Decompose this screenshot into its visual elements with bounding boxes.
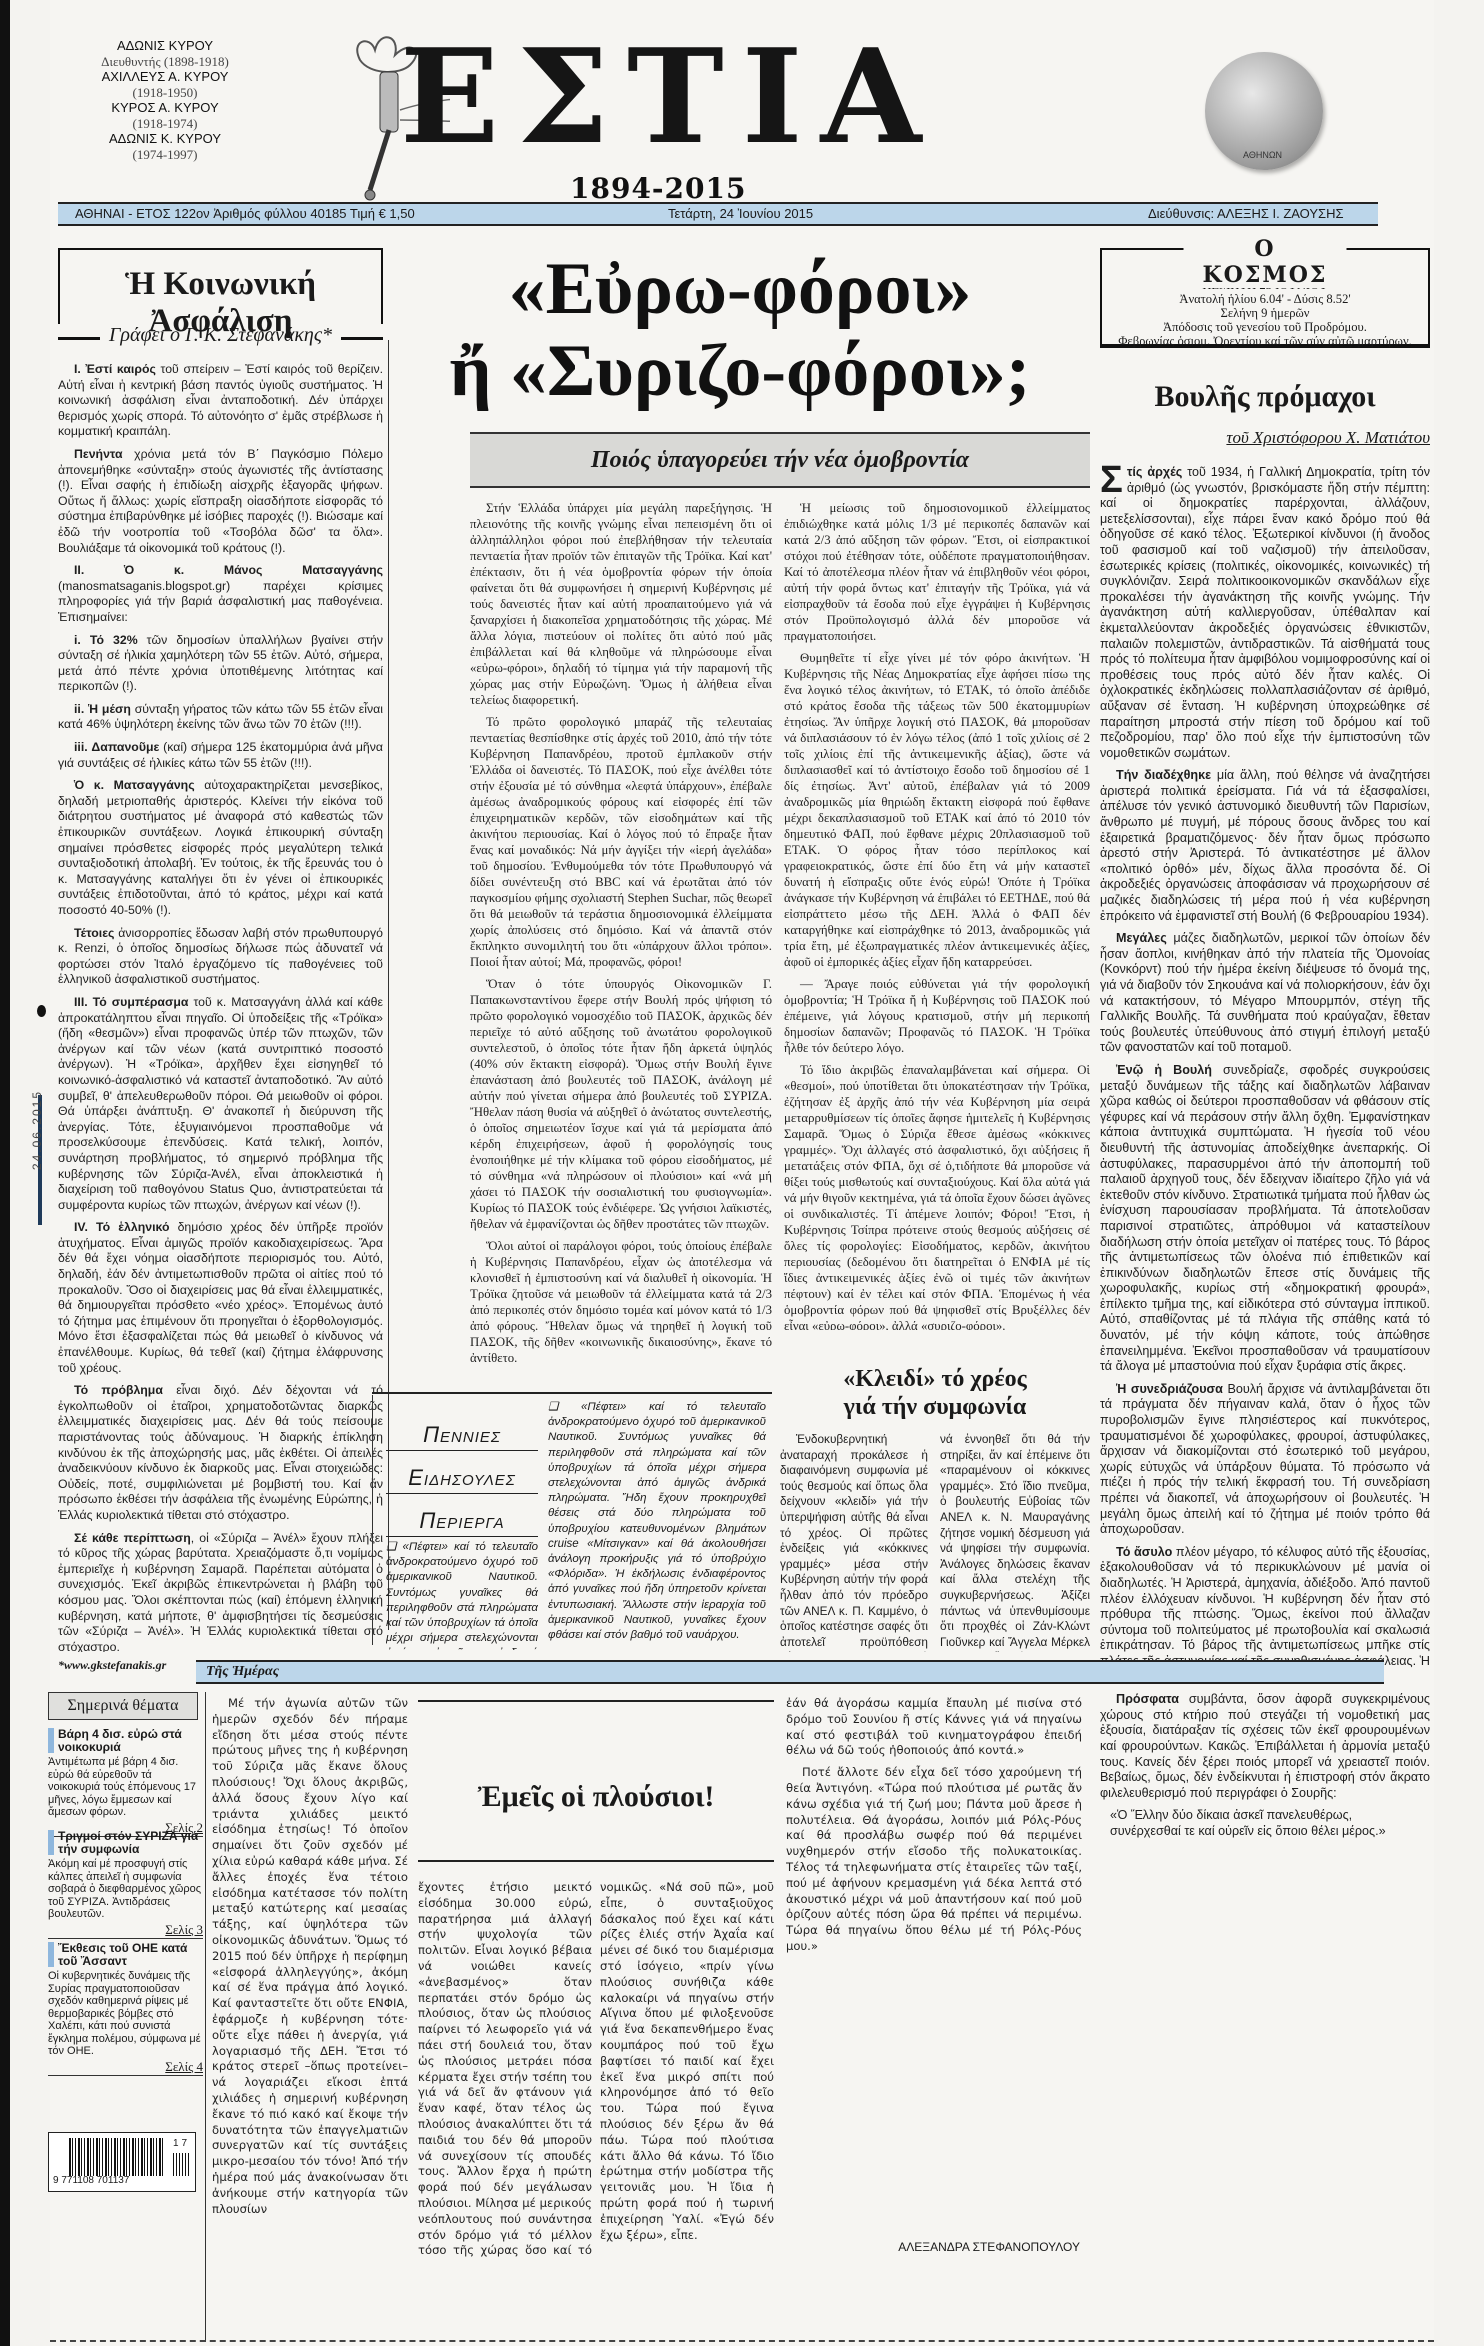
topic-item-1[interactable]: Βάρη 4 δισ. εὐρώ στά νοικοκυριά Ἀντιμέτω…	[48, 1728, 203, 1837]
kleidi-title: «Κλειδί» τό χρέος γιά τήν συμφωνία	[780, 1365, 1090, 1421]
founder-3: ΚΥΡΟΣ Α. ΚΥΡΟΥ(1918-1974)	[80, 100, 250, 131]
kosmos-title: Ο ΚΟΣΜΟΣ	[1184, 236, 1347, 288]
paragraph: Τό πρόβλημα εἶναι διχό. Δέν δέχονται νά …	[58, 1383, 383, 1523]
main-article-col1: Στήν Ἑλλάδα ὑπάρχει μία μεγάλη παρεξήγησ…	[470, 500, 772, 1380]
page-edge	[0, 0, 10, 2346]
paragraph: Τέτοιες ἀνισορροπίες ἔδωσαν λαβή στόν πρ…	[58, 926, 383, 988]
barcode: 17 9 771108 701137	[48, 2132, 196, 2192]
tis-imeras-col2: ἔχοντες ἐτήσιο μεικτό εἰσόδημα 30.000 εὐ…	[418, 1880, 592, 2260]
column-divider	[372, 1395, 373, 1645]
coin-label: ΑΘΗΝΩΝ	[1243, 150, 1282, 160]
paragraph: iii. Δαπανοῦμε (καί) σήμερα 125 ἑκατομμύ…	[58, 740, 383, 771]
founder-4: ΑΔΩΝΙΣ Κ. ΚΥΡΟΥ(1974-1997)	[80, 131, 250, 162]
paragraph: IV. Τό ἑλληνικό δημόσιο χρέος δέν ὑπῆρξε…	[58, 1220, 383, 1376]
barcode-bars-icon	[69, 2138, 165, 2176]
dropcap: Σ	[1100, 465, 1123, 495]
paragraph: Σέ κάθε περίπτωση, οἱ «Σύριζα – Ἀνέλ» ἔχ…	[58, 1531, 383, 1652]
sourhs-quote: «Ὁ Ἕλλην δύο δίκαια ἀσκεῖ πανελευθέρως,σ…	[1100, 1808, 1430, 1839]
bullet-marker	[37, 1005, 46, 1017]
pennies-item-2: ❑ «Πέφτει» καί τό τελευταῖο ἀνδροκρατούμ…	[548, 1400, 766, 1650]
title-rule	[418, 1860, 774, 1862]
founders-list: ΑΔΩΝΙΣ ΚΥΡΟΥΔιευθυντής (1898-1918) ΑΧΙΛΛ…	[80, 38, 250, 162]
section-rule	[372, 1392, 772, 1394]
right-article-title: Βουλῆς πρόμαχοι	[1100, 380, 1430, 414]
main-headline: «Εὐρω-φόροι» ἤ «Συριζο-φόροι»;	[395, 248, 1085, 412]
paragraph: ΙΙ. Ὁ κ. Μάνος Ματσαγγάνης (manosmatsaga…	[58, 563, 383, 625]
main-article-col2: Ἡ μείωσις τοῦ δημοσιονομικοῦ ἐλλείμματος…	[784, 500, 1090, 1330]
tis-imeras-col1: Μέ τήν ἀγωνία αὐτῶν τῶν ἡμερῶν σχεδόν δέ…	[212, 1696, 408, 2256]
right-article-body: Στίς ἀρχές τοῦ 1934, ἡ Γαλλική Δημοκρατί…	[1100, 465, 1430, 2235]
topic-item-3[interactable]: Ἔκθεσις τοῦ ΟΗΕ κατά τοῦ Ἄσσαντ Οἱ κυβερ…	[48, 1942, 203, 2076]
issue-info: ΑΘΗΝΑΙ - ΕΤΟΣ 122ον Ἀριθμός φύλλου 40185…	[75, 204, 415, 224]
page-bottom-rule	[50, 2340, 1434, 2342]
kleidi-col1: Ἐνδοκυβερνητική ἀναταραχή προκάλεσε ἡ δι…	[780, 1432, 928, 1652]
page-ref[interactable]: Σελίς 4	[48, 2061, 203, 2077]
title-rule	[418, 1700, 774, 1702]
masthead-info-bar: ΑΘΗΝΑΙ - ΕΤΟΣ 122ον Ἀριθμός φύλλου 40185…	[58, 202, 1378, 226]
left-article: Ἡ Κοινωνική Ἀσφάλιση Γράφει ὁ Γ. Κ. Στεφ…	[58, 248, 383, 1673]
topic-item-2[interactable]: Τριγμοί στόν ΣΥΡΙΖΑ γιά τήν συμφωνία Ἀκό…	[48, 1830, 203, 1939]
side-date: 24.06.2015	[30, 1090, 44, 1170]
tis-imeras-title: Ἐμεῖς οἱ πλούσιοι!	[418, 1780, 774, 1814]
newspaper-logo: ΕΣΤΙΑ 1894-2015	[360, 30, 920, 170]
tis-imeras-label: Τῆς Ἡμέρας	[198, 1662, 468, 1682]
paragraph: ΙΙΙ. Τό συμπέρασμα τοῦ κ. Ματσαγγάνη ἀλλ…	[58, 995, 383, 1213]
barcode-addon-icon	[173, 2153, 191, 2176]
paragraph: i. Τό 32% τῶν δημοσίων ὑπαλλήλων βγαίνει…	[58, 633, 383, 695]
todays-topics-header: Σημερινά θέματα	[48, 1692, 198, 1720]
pennies-title-block: Πεννιες Ειδησουλες Περιεργα	[386, 1416, 538, 1545]
founder-2: ΑΧΙΛΛΕΥΣ Α. ΚΥΡΟΥ(1918-1950)	[80, 69, 250, 100]
tis-imeras-col4: ἐάν θά ἀγοράσω καμμία ἔπαυλη μέ πισίνα σ…	[786, 1696, 1082, 2236]
left-article-body: Ι. Ἐστί καιρός τοῦ σπείρειν – Ἐστί καιρό…	[58, 362, 383, 1652]
issue-date: Τετάρτη, 24 Ἰουνίου 2015	[668, 204, 813, 224]
column-divider	[205, 1692, 206, 2342]
main-subheadline: Ποιός ὑπαγορεύει τήν νέα ὁμοβροντία	[591, 447, 969, 473]
pennies-item-1: ❑ «Πέφτει» καί τό τελευταῖο ἀνδροκρατούμ…	[386, 1540, 538, 1650]
paragraph: Ι. Ἐστί καιρός τοῦ σπείρειν – Ἐστί καιρό…	[58, 362, 383, 440]
editor-info: Διεύθυνσις: ΑΛΕΞΗΣ Ι. ΖΑΟΥΣΗΣ	[1148, 204, 1344, 224]
main-subheadline-bar: Ποιός ὑπαγορεύει τήν νέα ὁμοβροντία	[470, 432, 1090, 488]
right-article-byline: τοῦ Χριστόφορου Χ. Ματιάτου	[1100, 428, 1430, 448]
paragraph: Ὁ κ. Ματσαγγάνης αὐτοχαρακτηρίζεται μενσ…	[58, 778, 383, 918]
author-name: ΑΛΕΞΑΝΔΡΑ ΣΤΕΦΑΝΟΠΟΥΛΟΥ	[860, 2240, 1080, 2254]
left-article-byline: Γράφει ὁ Γ. Κ. Στεφανάκης*	[58, 324, 383, 352]
paragraph: Πενήντα χρόνια μετά τόν Β΄ Παγκόσμιο Πόλ…	[58, 447, 383, 556]
paragraph: ii. Ἡ μέση σύνταξη γήρατος τῶν κάτω τῶν …	[58, 702, 383, 733]
kosmos-box: Ο ΚΟΣΜΟΣ Αὔριο ΠΕΜΠΤΗ 25 ΙΟΥΝΙΟΥ Ἀνατολή…	[1100, 248, 1430, 348]
page-ref[interactable]: Σελίς 3	[48, 1924, 203, 1940]
tis-imeras-col3: νομικῶς. «Νά σοῦ πῶ», μοῦ εἶπε, ὁ συνταξ…	[600, 1880, 774, 2260]
founder-1: ΑΔΩΝΙΣ ΚΥΡΟΥΔιευθυντής (1898-1918)	[80, 38, 250, 69]
kleidi-col2: νά ἐννοηθεῖ ὅτι θά τήν στηρίξει, ἄν καί …	[940, 1432, 1090, 1652]
left-article-title-box: Ἡ Κοινωνική Ἀσφάλιση	[58, 248, 383, 324]
